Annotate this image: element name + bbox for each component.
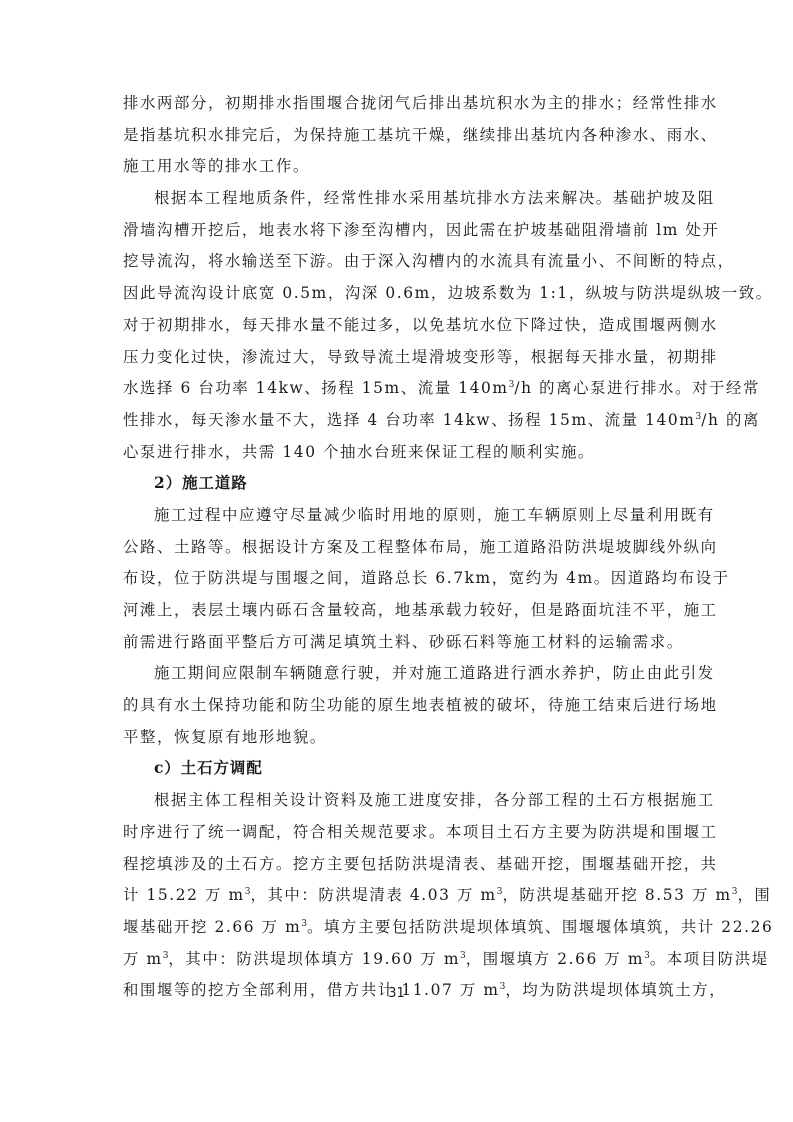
- page-number: 31: [0, 986, 793, 1001]
- text-line: 挖导流沟，将水输送至下游。由于深入沟槽内的水流具有流量小、不间断的特点，: [123, 246, 673, 278]
- text-line: 施工过程中应遵守尽量减少临时用地的原则，施工车辆原则上尽量利用既有: [123, 500, 673, 532]
- text-line: 因此导流沟设计底宽 0.5m，沟深 0.6m，边坡系数为 1:1，纵坡与防洪堤纵…: [123, 278, 673, 310]
- text-line: 是指基坑积水排完后，为保持施工基坑干燥，继续排出基坑内各种渗水、雨水、: [123, 120, 673, 152]
- text-line: 河滩上，表层土壤内砾石含量较高，地基承载力较好，但是路面坑洼不平，施工: [123, 595, 673, 627]
- text-line: 程挖填涉及的土石方。挖方主要包括防洪堤清表、基础开挖，围堰基础开挖，共: [123, 849, 673, 881]
- text-span: /h 的离心泵进行排水。对于经常: [514, 379, 760, 397]
- text-line: 堰基础开挖 2.66 万 m3。填方主要包括防洪堤坝体填筑、围堰堰体填筑，共计 …: [123, 912, 673, 944]
- text-line: 心泵进行排水，共需 140 个抽水台班来保证工程的顺利实施。: [123, 437, 673, 469]
- text-span: ，围: [737, 886, 771, 904]
- text-span: 堰基础开挖 2.66 万 m: [123, 918, 301, 936]
- text-line: 计 15.22 万 m3，其中：防洪堤清表 4.03 万 m3，防洪堤基础开挖 …: [123, 880, 673, 912]
- text-line: 对于初期排水，每天排水量不能过多，以免基坑水位下降过快，造成围堰两侧水: [123, 310, 673, 342]
- text-line: 施工期间应限制车辆随意行驶，并对施工道路进行洒水养护，防止由此引发: [123, 658, 673, 690]
- text-span: ，防洪堤基础开挖 8.53 万 m: [502, 886, 731, 904]
- text-line: 根据主体工程相关设计资料及施工进度安排，各分部工程的土石方根据施工: [123, 785, 673, 817]
- text-line: 排水两部分，初期排水指围堰合拢闭气后排出基坑积水为主的排水；经常性排水: [123, 88, 673, 120]
- section-heading-construction-road: 2）施工道路: [123, 468, 673, 500]
- text-line: 压力变化过快，渗流过大，导致导流土堤滑坡变形等，根据每天排水量，初期排: [123, 342, 673, 374]
- text-line: 性排水，每天渗水量不大，选择 4 台功率 14kw、扬程 15m、流量 140m…: [123, 405, 673, 437]
- section-heading-earthwork-allocation: c）土石方调配: [123, 753, 673, 785]
- text-line: 水选择 6 台功率 14kw、扬程 15m、流量 140m3/h 的离心泵进行排…: [123, 373, 673, 405]
- text-line: 万 m3，其中：防洪堤坝体填方 19.60 万 m3，围堰填方 2.66 万 m…: [123, 944, 673, 976]
- document-page: 排水两部分，初期排水指围堰合拢闭气后排出基坑积水为主的排水；经常性排水 是指基坑…: [123, 88, 673, 1007]
- text-line: 布设，位于防洪堤与围堰之间，道路总长 6.7km，宽约为 4m。因道路均布设于: [123, 563, 673, 595]
- text-span: 。填方主要包括防洪堤坝体填筑、围堰堰体填筑，共计 22.26: [307, 918, 773, 936]
- text-line: 施工用水等的排水工作。: [123, 151, 673, 183]
- text-span: 计 15.22 万 m: [123, 886, 245, 904]
- text-line: 的具有水土保持功能和防尘功能的原生地表植被的破坏，待施工结束后进行场地: [123, 690, 673, 722]
- text-line: 前需进行路面平整后方可满足填筑土料、砂砾石料等施工材料的运输需求。: [123, 627, 673, 659]
- text-span: 性排水，每天渗水量不大，选择 4 台功率 14kw、扬程 15m、流量 140m: [123, 411, 695, 429]
- text-line: 平整，恢复原有地形地貌。: [123, 722, 673, 754]
- text-line: 时序进行了统一调配，符合相关规范要求。本项目土石方主要为防洪堤和围堰工: [123, 817, 673, 849]
- text-span: ，围堰填方 2.66 万 m: [466, 950, 644, 968]
- text-line: 滑墙沟槽开挖后，地表水将下渗至沟槽内，因此需在护坡基础阻滑墙前 lm 处开: [123, 215, 673, 247]
- text-span: 万 m: [123, 950, 163, 968]
- text-line: 公路、土路等。根据设计方案及工程整体布局，施工道路沿防洪堤坡脚线外纵向: [123, 532, 673, 564]
- text-span: ，其中：防洪堤清表 4.03 万 m: [250, 886, 496, 904]
- text-span: ，其中：防洪堤坝体填方 19.60 万 m: [168, 950, 460, 968]
- text-span: 水选择 6 台功率 14kw、扬程 15m、流量 140m: [123, 379, 509, 397]
- text-span: /h 的离: [701, 411, 760, 429]
- text-line: 根据本工程地质条件，经常性排水采用基坑排水方法来解决。基础护坡及阻: [123, 183, 673, 215]
- text-span: 。本项目防洪堤: [650, 950, 769, 968]
